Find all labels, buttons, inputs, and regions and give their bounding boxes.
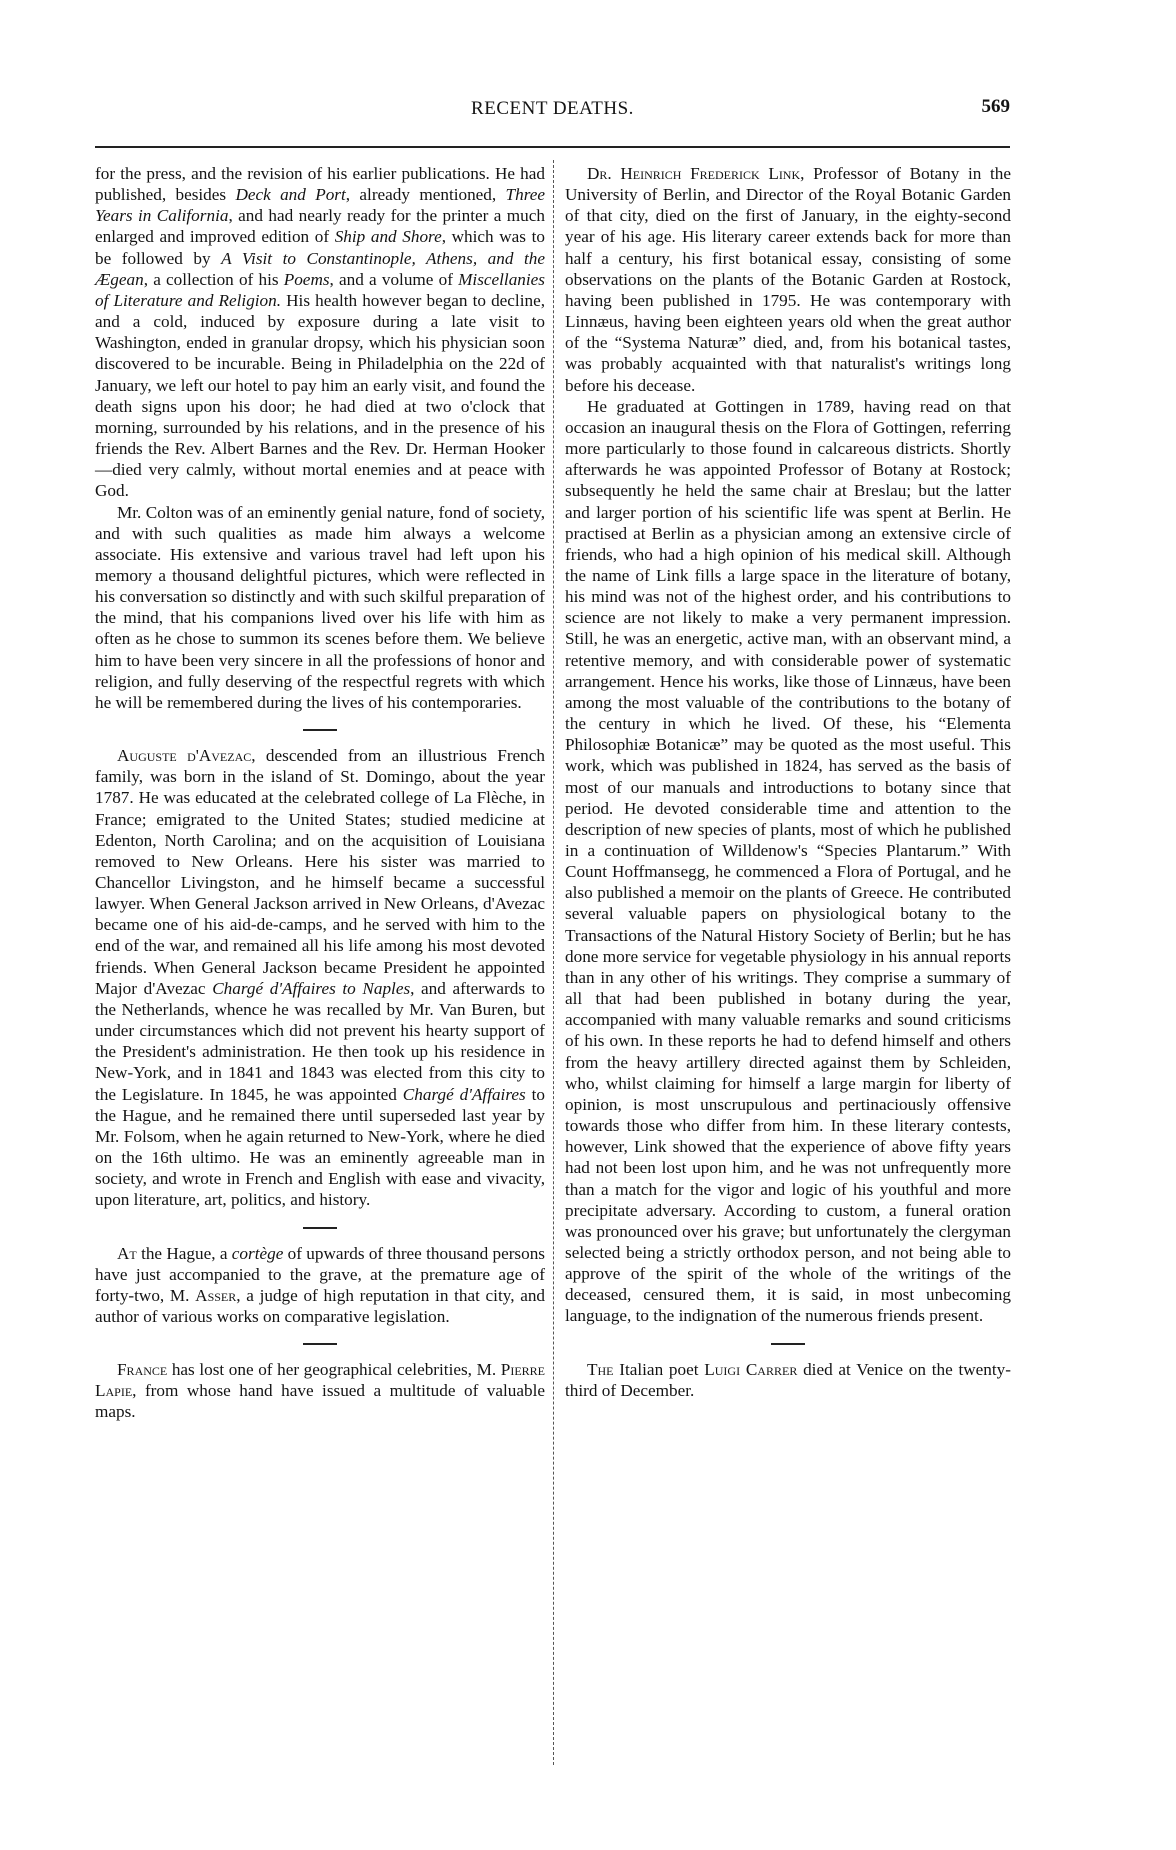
- asser-obituary: At the Hague, a cortège of upwards of th…: [95, 1243, 545, 1328]
- running-head: RECENT DEATHS.: [95, 98, 1010, 120]
- header-rule: [95, 146, 1010, 148]
- page-number: 569: [982, 96, 1011, 118]
- person-name: Asser: [195, 1286, 236, 1305]
- davezac-obituary: Auguste d'Avezac, descended from an illu…: [95, 745, 545, 1210]
- text: , a collection of his: [144, 270, 284, 289]
- page-header: RECENT DEATHS. 569: [95, 90, 1010, 130]
- text: , from whose hand have issued a multitud…: [95, 1381, 545, 1421]
- book-title: Poems: [284, 270, 330, 289]
- colton-paragraph-1: for the press, and the revision of his e…: [95, 163, 545, 502]
- book-title: Deck and Port: [235, 185, 345, 204]
- text: the Hague, a: [137, 1244, 232, 1263]
- section-separator: [303, 1343, 337, 1345]
- text: Italian poet: [614, 1360, 705, 1379]
- right-column: Dr. Heinrich Frederick Link, Professor o…: [565, 163, 1011, 1401]
- link-paragraph-2: He graduated at Gottingen in 1789, havin…: [565, 396, 1011, 1327]
- link-paragraph-1: Dr. Heinrich Frederick Link, Professor o…: [565, 163, 1011, 396]
- colton-paragraph-2: Mr. Colton was of an eminently genial na…: [95, 502, 545, 714]
- section-separator: [303, 729, 337, 731]
- section-separator: [771, 1343, 805, 1345]
- text: , and a volume of: [330, 270, 459, 289]
- lapie-obituary: France has lost one of her geographical …: [95, 1359, 545, 1422]
- lead-word: The: [587, 1360, 614, 1379]
- text: , already mentioned,: [346, 185, 506, 204]
- text: His health however began to decline, and…: [95, 291, 545, 500]
- left-column: for the press, and the revision of his e…: [95, 163, 545, 1423]
- carrer-obituary: The Italian poet Luigi Carrer died at Ve…: [565, 1359, 1011, 1401]
- person-name: Auguste d'Avezac: [117, 746, 251, 765]
- book-title: Ship and Shore: [335, 227, 442, 246]
- lead-word: France: [117, 1360, 167, 1379]
- text: , Professor of Botany in the University …: [565, 164, 1011, 395]
- office-title: Chargé d'Affaires to Naples: [212, 979, 410, 998]
- text: , descended from an illustrious French f…: [95, 746, 545, 998]
- italic-word: cortège: [232, 1244, 284, 1263]
- section-separator: [303, 1227, 337, 1229]
- person-name: Dr. Heinrich Frederick Link: [587, 164, 800, 183]
- person-name: Luigi Carrer: [704, 1360, 797, 1379]
- text: has lost one of her geographical celebri…: [167, 1360, 501, 1379]
- lead-word: At: [117, 1244, 137, 1263]
- column-divider: [553, 160, 554, 1765]
- office-title: Chargé d'Affaires: [403, 1085, 526, 1104]
